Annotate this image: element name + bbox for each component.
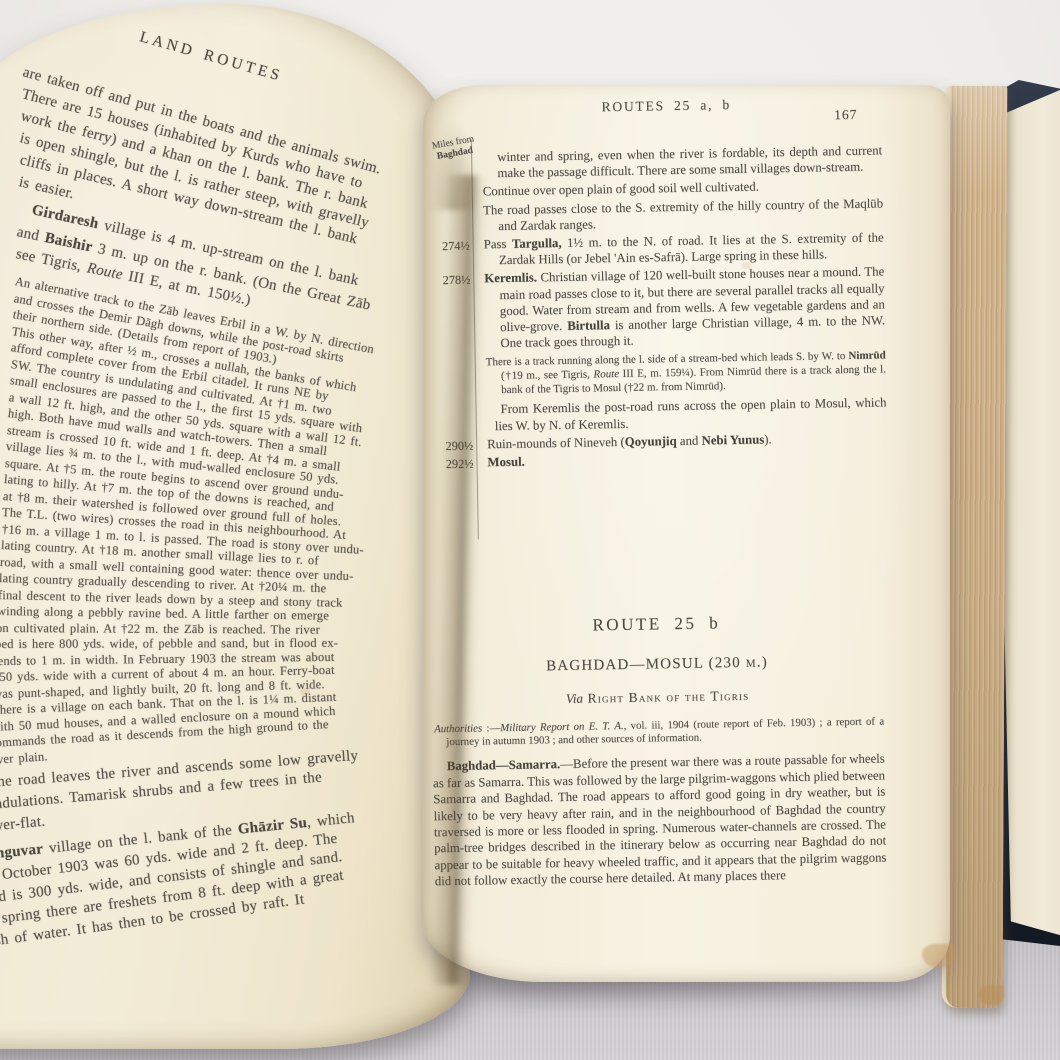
body-paragraph: Baghdad—Samarra.—Before the present war …: [433, 751, 887, 890]
fore-edge-pages: [942, 86, 1008, 1008]
book-photo: LAND ROUTESare taken off and put in the …: [0, 0, 1060, 1060]
entry-text: There is a track running along the l. si…: [486, 350, 886, 397]
page-number: 167: [801, 107, 857, 124]
route-via-word: Via: [566, 691, 583, 706]
corner-stain: [922, 944, 954, 968]
left-page-line: river-flat.: [0, 814, 46, 836]
entry-text: Pass Targulla, 1½ m. to the N. of road. …: [484, 230, 884, 267]
foxing-spot: [742, 262, 751, 269]
right-page-text: ROUTES 25 a, b 167 Miles from Baghdad wi…: [423, 85, 950, 982]
itinerary-entry: There is a track running along the l. si…: [486, 349, 887, 398]
itinerary-entry: winter and spring, even when the river i…: [482, 142, 883, 181]
route-via: Via Right Bank of the Tigris: [432, 685, 884, 709]
left-page-header: LAND ROUTES: [138, 28, 285, 86]
entry-text: From Keremlis the post-road runs across …: [495, 396, 887, 433]
left-page-text: LAND ROUTESare taken off and put in the …: [0, 4, 470, 1049]
itinerary: winter and spring, even when the river i…: [482, 140, 888, 470]
authorities-note: Authorities :—Military Report on E. T. A…: [432, 715, 884, 749]
itinerary-entry: 278½Keremlis. Christian village of 120 w…: [484, 264, 885, 352]
foxing-spot: [300, 688, 310, 696]
left-page-line: on cultivated plain. At †22 m. the Zāb i…: [0, 621, 320, 638]
itinerary-entry: From Keremlis the post-road runs across …: [486, 395, 887, 434]
route-section: ROUTE 25 b BAGHDAD—MOSUL (230 m.) Via Ri…: [430, 610, 887, 890]
endpaper: [1000, 84, 1060, 942]
left-page: LAND ROUTESare taken off and put in the …: [0, 4, 470, 1049]
entry-text: winter and spring, even when the river i…: [497, 143, 882, 180]
edge-stain: [978, 985, 1004, 1005]
gutter-top-shadow: [430, 120, 480, 210]
entry-text: The road passes close to the S. extremit…: [483, 196, 883, 233]
route-heading: ROUTE 25 b: [430, 610, 882, 638]
itinerary-entry: The road passes close to the S. extremit…: [483, 195, 884, 234]
entry-text: Keremlis. Christian village of 120 well-…: [484, 265, 885, 351]
left-page-line: river plain.: [0, 749, 48, 768]
entry-text: Continue over open plain of good soil we…: [483, 180, 759, 199]
entry-text: Mosul.: [487, 455, 525, 470]
route-title: BAGHDAD—MOSUL (230 m.): [431, 652, 883, 677]
itinerary-entry: 274½Pass Targulla, 1½ m. to the N. of ro…: [484, 229, 885, 268]
right-page: ROUTES 25 a, b 167 Miles from Baghdad wi…: [423, 85, 950, 982]
route-via-rest: Right Bank of the Tigris: [583, 688, 750, 706]
entry-text: Ruin-mounds of Nineveh (Qoyunjiq and Neb…: [487, 432, 772, 451]
